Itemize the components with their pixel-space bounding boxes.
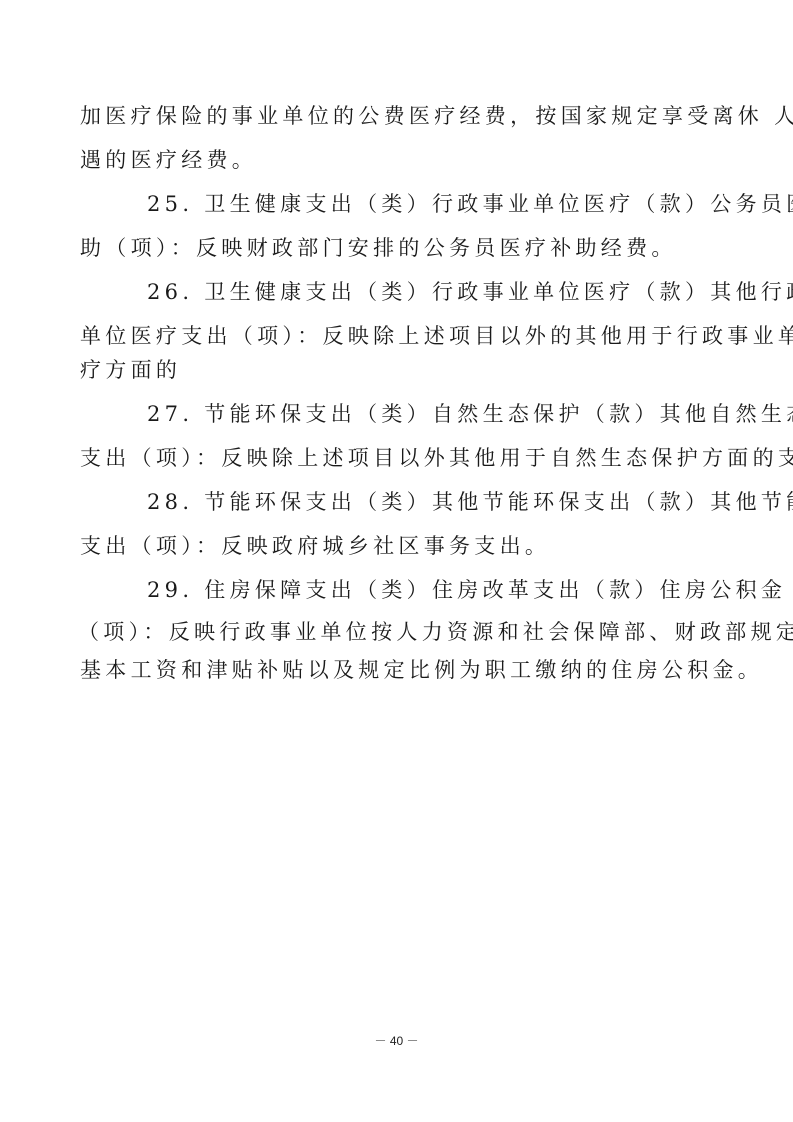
item-27-heading: 27. 节能环保支出（类）自然生态保护（款）其他自然生态保护 xyxy=(147,400,793,428)
body-text-line: 遇的医疗经费。 xyxy=(80,146,257,174)
item-25-heading: 25. 卫生健康支出（类）行政事业单位医疗（款）公务员医疗补 xyxy=(147,190,793,218)
item-29-text: （项）：反映行政事业单位按人力资源和社会保障部、财政部规定的 xyxy=(78,618,793,646)
item-26-heading: 26. 卫生健康支出（类）行政事业单位医疗（款）其他行政事业 xyxy=(147,278,793,306)
document-page: 加医疗保险的事业单位的公费医疗经费，按国家规定享受离休 人员待 遇的医疗经费。 … xyxy=(0,0,793,1122)
item-28-text: 支出（项）：反映政府城乡社区事务支出。 xyxy=(80,532,550,560)
item-29-heading: 29. 住房保障支出（类）住房改革支出（款）住房公积金 xyxy=(147,576,786,604)
item-29-text: 基本工资和津贴补贴以及规定比例为职工缴纳的住房公积金。 xyxy=(80,656,763,684)
item-25-text: 助（项）：反映财政部门安排的公务员医疗补助经费。 xyxy=(80,234,677,262)
body-text-line: 加医疗保险的事业单位的公费医疗经费，按国家规定享受离休 人员待 xyxy=(80,102,793,130)
item-26-text: 单位医疗支出（项）：反映除上述项目以外的其他用于行政事业单位医 xyxy=(80,322,793,350)
item-26-text: 疗方面的 xyxy=(80,356,181,384)
item-28-heading: 28. 节能环保支出（类）其他节能环保支出（款）其他节能环保 xyxy=(147,488,793,516)
page-number: － 40 － xyxy=(0,1032,793,1049)
item-27-text: 支出（项）：反映除上述项目以外其他用于自然生态保护方面的支出。 xyxy=(80,444,793,472)
